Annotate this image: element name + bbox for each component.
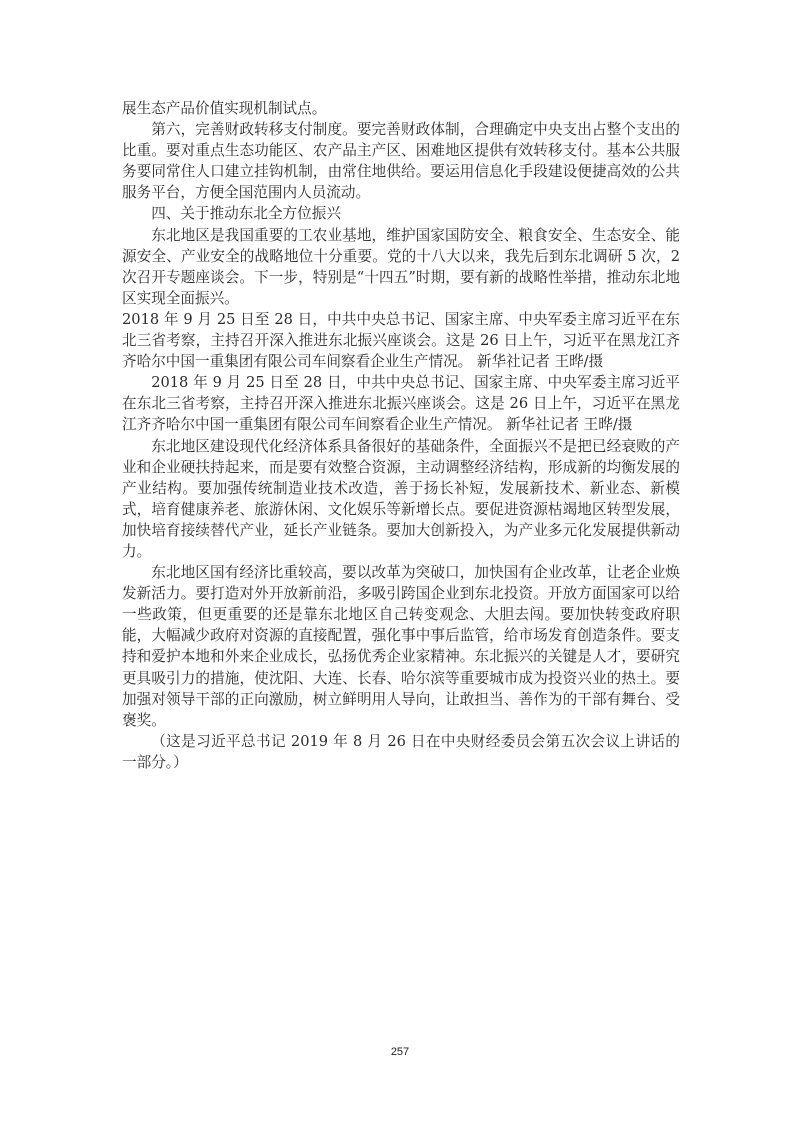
paragraph-state-economy: 东北地区国有经济比重较高，要以改革为突破口，加快国有企业改革，让老企业焕发新活力… (122, 562, 680, 731)
paragraph-fiscal-transfer: 第六，完善财政转移支付制度。要完善财政体制，合理确定中央支出占整个支出的比重。要… (122, 119, 680, 203)
paragraph-northeast-intro: 东北地区是我国重要的工农业基地，维护国家国防安全、粮食安全、生态安全、能源安全、… (122, 225, 680, 309)
document-body: 展生态产品价值实现机制试点。 第六，完善财政转移支付制度。要完善财政体制，合理确… (122, 98, 680, 773)
paragraph-economic-system: 东北地区建设现代化经济体系具备很好的基础条件，全面振兴不是把已经衰败的产业和企业… (122, 436, 680, 563)
page-number: 257 (0, 1046, 800, 1058)
source-note: （这是习近平总书记 2019 年 8 月 26 日在中央财经委员会第五次会议上讲… (122, 731, 680, 773)
photo-caption: 2018 年 9 月 25 日至 28 日，中共中央总书记、国家主席、中央军委主… (122, 309, 680, 372)
paragraph-continuation: 展生态产品价值实现机制试点。 (122, 98, 680, 119)
photo-caption-repeat: 2018 年 9 月 25 日至 28 日，中共中央总书记、国家主席、中央军委主… (122, 372, 680, 435)
section-heading: 四、关于推动东北全方位振兴 (122, 203, 680, 224)
